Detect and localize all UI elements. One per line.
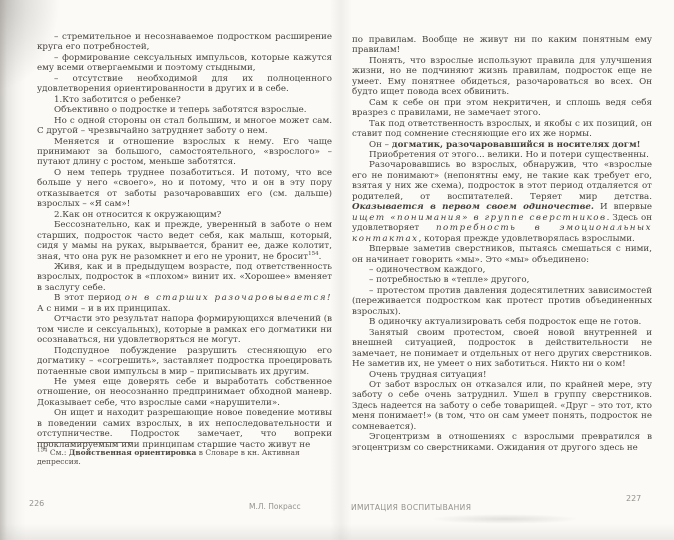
scan-edge-left — [0, 0, 26, 540]
scan-edge-bottom — [0, 524, 674, 540]
footnote-marker: 154 — [37, 448, 48, 454]
paragraph: Занятый своим протестом, своей новой вну… — [352, 328, 652, 370]
paragraph: В одиночку актуализировать себя подросто… — [352, 317, 652, 327]
text-run: В этот период — [54, 293, 125, 303]
list-item: – отсутствие необходимой для их полноцен… — [37, 74, 332, 95]
text-run: . — [319, 252, 322, 262]
footnote: 154 См.: Двойственная ориентировка в Сло… — [37, 448, 332, 467]
running-title-right: ИМИТАЦИЯ ВОСПИТЫВАНИЯ — [351, 503, 471, 512]
paragraph: Живя, как и в предыдущем возрасте, под о… — [37, 262, 332, 293]
running-title-left: М.Л. Покрасс — [249, 502, 301, 511]
bold-italic-run: Оказывается в первом своем одиночестве. — [352, 202, 594, 212]
paragraph: Впервые заметив сверстников, пытаясь сме… — [352, 244, 652, 265]
paragraph: Понять, что взрослые используют правила … — [352, 56, 652, 98]
paragraph: Разочаровавшись во взрослых, обнаружив, … — [352, 160, 652, 244]
footnote-divider — [37, 442, 133, 443]
page-number-left: 226 — [29, 499, 44, 508]
paragraph: Но с одной стороны он стал большим, и мн… — [37, 116, 332, 137]
text-run: См.: — [48, 448, 69, 457]
text-run: Бессознательно, как и прежде, уверенный … — [37, 220, 332, 261]
text-run: И впервые — [594, 202, 652, 212]
paragraph-continuation: по правилам. Вообще не живут ни по каким… — [352, 35, 652, 56]
paragraph: Не умея еще доверять себе и выработать с… — [37, 377, 332, 408]
page-number-right: 227 — [626, 494, 641, 503]
footnote-area: 154 См.: Двойственная ориентировка в Сло… — [37, 442, 332, 467]
paragraph: Очень трудная ситуация! — [352, 370, 652, 380]
paragraph: О нем теперь труднее позаботиться. И пот… — [37, 168, 332, 210]
book-spread: – стремительное и несознаваемое подростк… — [0, 0, 674, 540]
paragraph: В этот период он в старших разочаровывае… — [37, 293, 332, 314]
paragraph: Приобретения от этого... велики. Но и по… — [352, 150, 652, 160]
page-right-text: по правилам. Вообще не живут ни по каким… — [352, 35, 652, 453]
footnote-reference: 154 — [308, 251, 319, 257]
bold-run: Двойственная ориентировка — [69, 448, 197, 457]
list-item: – формирование сексуальных импульсов, ко… — [37, 53, 332, 74]
list-item: – стремительное и несознаваемое подростк… — [37, 32, 332, 53]
page-left-text: – стремительное и несознаваемое подростк… — [37, 32, 332, 450]
scan-smudge-artifact — [430, 514, 580, 524]
text-run: Разочаровавшись во взрослых, обнаружив, … — [352, 160, 652, 201]
paragraph: Подспудное побуждение разрушить стесняющ… — [37, 346, 332, 377]
page-gutter-shadow — [330, 0, 352, 540]
paragraph: Сам к себе он при этом некритичен, и спл… — [352, 98, 652, 119]
emphasis-run: ищет «понимания» в группе сверстников — [352, 213, 607, 223]
paragraph: Бессознательно, как и прежде, уверенный … — [37, 220, 332, 262]
bold-run: догматик, разочаровавшийся в носителях д… — [392, 140, 641, 150]
section-heading: 2.Как он относится к окружающим? — [37, 210, 332, 220]
text-run: , которая прежде удовлетворялась взрослы… — [419, 234, 635, 244]
paragraph: Он – догматик, разочаровавшийся в носите… — [352, 140, 652, 150]
text-run: А с ними – и в их принципах. — [37, 304, 171, 314]
paragraph: Меняется и отношение взрослых к нему. Ег… — [37, 137, 332, 168]
list-item: – потребностью в «тепле» другого, — [352, 275, 652, 285]
paragraph: Объективно о подростке и теперь заботятс… — [37, 105, 332, 115]
list-item: – одиночеством каждого, — [352, 265, 652, 275]
paragraph: Эгоцентризм в отношениях с взрослыми пре… — [352, 432, 652, 453]
section-heading: 1.Кто заботится о ребенке? — [37, 95, 332, 105]
paragraph: Так под ответственность взрослых, и якоб… — [352, 119, 652, 140]
paragraph: Отчасти это результат напора формирующих… — [37, 314, 332, 345]
list-item: – протестом против давления додесятилетн… — [352, 286, 652, 317]
paragraph: От забот взрослых он отказался или, по к… — [352, 380, 652, 432]
text-run: Он – — [369, 140, 392, 150]
emphasis-run: он в старших разочаровывается! — [125, 293, 332, 303]
